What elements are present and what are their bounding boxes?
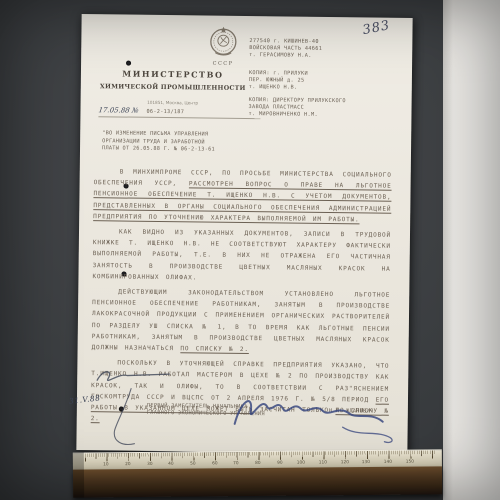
recipient-copy2: КОПИЯ: ДИРЕКТОРУ ПРИЛУКСКОГО ЗАВОДА ПЛАС… [248,97,398,120]
letterhead-address: 101851, Москва, Центр [89,99,257,106]
ruler-number: 30 [143,462,157,467]
recipient-line: т. ИЩЕНКО Н.В. [249,84,399,93]
margin-ink-paraph [76,364,217,466]
reference-line: 17.05.88 № 06-2-13/187 [98,106,260,118]
letterhead-ministry-line2: ХИМИЧЕСКОЙ ПРОМЫШЛЕННОСТИ [89,83,257,92]
soviet-coat-of-arms-icon [208,26,238,60]
ruler-wooden-body [73,466,442,497]
ruler-number: 150 [403,460,417,465]
underlined-text: ПО СПИСКУ № 2. [180,345,249,353]
subject-block: "ВО ИЗМЕНЕНИЕ ПИСЬМА УПРАВЛЕНИЯ ОРГАНИЗА… [102,130,257,154]
recipient-line: т. МИРОВНИЧЕНКО Н.М. [248,111,398,120]
ruler-number: 130 [359,460,373,465]
paragraph-3: ДЕЙСТВУЮЩИМ ЗАКОНОДАТЕЛЬСТВОМ УСТАНОВЛЕН… [92,286,391,357]
letterhead-ministry-line1: МИНИСТЕРСТВО [89,68,257,80]
paragraph-text: КАК ВИДНО ИЗ УКАЗАННЫХ ДОКУМЕНТОВ, ЗАПИС… [92,228,391,281]
recipient-copy1: КОПИЯ: г. ПРИЛУКИ ПЕР. ЮЖНЫЙ д. 25 т. ИЩ… [249,70,399,93]
outgoing-number: 06-2-13/187 [146,109,184,115]
paragraph-text: ДЕЙСТВУЮЩИМ ЗАКОНОДАТЕЛЬСТВОМ УСТАНОВЛЕН… [92,288,391,352]
ruler-number: 140 [381,460,395,465]
ruler-number: 50 [186,462,200,467]
ruler-number: 110 [316,460,330,465]
ruler-number: 40 [164,462,178,467]
subject-line: ПЛАТЫ ОТ 26.05.88 Г. № 06-2-13-61 [102,145,257,154]
ruler-number: 80 [251,461,265,466]
document-page: 383 СССР МИНИСТЕРСТВО ХИМИЧЕСКОЙ ПРОМЫШЛ… [76,14,412,454]
table-edge-white-strip [443,0,500,500]
paragraph-1: В МИНХИМПРОМЕ СССР, ПО ПРОСЬБЕ МИНИСТЕРС… [93,166,392,226]
ruler-number: 10 [99,462,113,467]
wooden-ruler: 10 20 30 40 50 60 70 80 90 100 110 120 1… [73,449,442,499]
handwritten-page-number: 383 [361,18,391,38]
handwritten-signature [224,382,401,448]
ruler-number: 100 [294,461,308,466]
punch-hole [126,61,131,66]
ruler-number: 90 [273,461,287,466]
ruler-number: 20 [121,462,135,467]
letterhead-country: СССР [193,60,253,67]
recipient-line: т. ГЕРАСИМОВУ Н.А. [249,52,399,61]
ruler-end-cap [73,453,84,498]
handwritten-outgoing-date: 17.05.88 № [98,106,139,114]
underlined-text: РАССМОТРЕН ВОПРОС О ПРАВЕ НА ЛЬГОТНОЕ ПЕ… [93,181,391,224]
ruler-number: 70 [229,461,243,466]
photo-background: 383 СССР МИНИСТЕРСТВО ХИМИЧЕСКОЙ ПРОМЫШЛ… [0,0,500,500]
paragraph-2: КАК ВИДНО ИЗ УКАЗАННЫХ ДОКУМЕНТОВ, ЗАПИС… [92,226,391,286]
ruler-number: 120 [338,460,352,465]
recipient-main: 277540 г. КИШИНЕВ-40 ВОЙСКОВАЯ ЧАСТЬ 446… [249,38,399,61]
ruler-number: 60 [208,461,222,466]
